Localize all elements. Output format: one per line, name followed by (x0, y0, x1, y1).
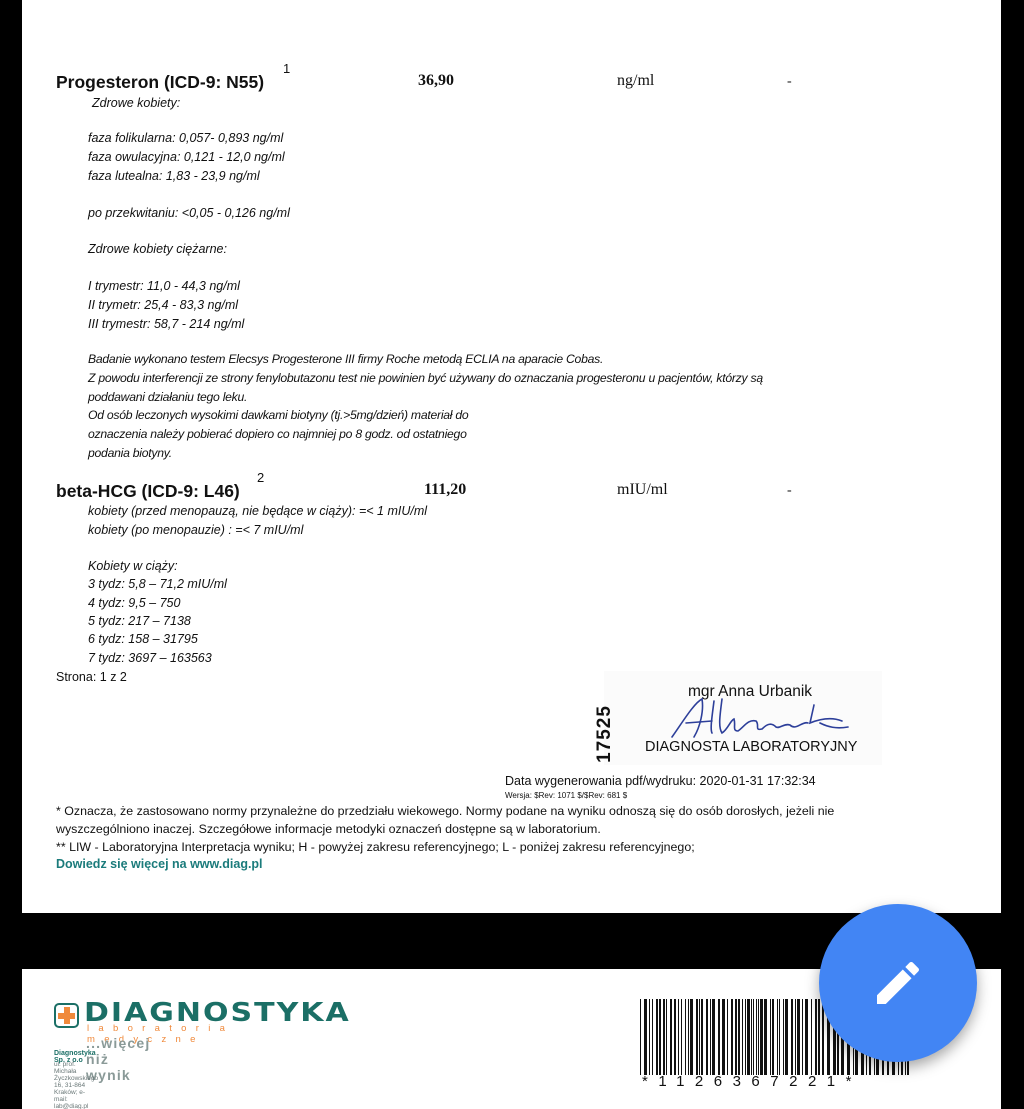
footnote-marker: 2 (257, 470, 264, 485)
ref-line: 4 tydz: 9,5 – 750 (88, 594, 180, 613)
ref-line: faza folikularna: 0,057- 0,893 ng/ml (88, 129, 283, 148)
company-address: ul. prof. Michała Życzkowskiego 16, 31-8… (54, 1061, 98, 1109)
page-indicator: Strona: 1 z 2 (56, 670, 127, 684)
result-unit-progesteron: ng/ml (617, 72, 654, 90)
ref-line: faza lutealna: 1,83 - 23,9 ng/ml (88, 167, 260, 186)
test-name-beta-hcg: beta-HCG (ICD-9: L46) 2 (56, 481, 240, 502)
handwritten-signature-icon (664, 693, 854, 743)
signature-id: 17525 (594, 705, 616, 763)
ref-line: kobiety (po menopauzie) : =< 7 mIU/ml (88, 521, 303, 540)
ref-line: 5 tydz: 217 – 7138 (88, 612, 191, 631)
edit-fab-button[interactable] (819, 904, 977, 1062)
result-value-progesteron: 36,90 (418, 72, 454, 90)
footnote-line: ** LIW - Laboratoryjna Interpretacja wyn… (56, 839, 695, 857)
footnote-line: wyszczególniono inaczej. Szczegółowe inf… (56, 821, 601, 839)
ref-line: Zdrowe kobiety ciężarne: (88, 240, 227, 259)
method-note: Od osób leczonych wysokimi dawkami bioty… (88, 406, 468, 425)
method-note: Z powodu interferencji ze strony fenylob… (88, 369, 763, 388)
signature-title: DIAGNOSTA LABORATORYJNY (645, 739, 857, 755)
footnote-marker: 1 (283, 61, 290, 76)
signature-stamp: 17525 mgr Anna Urbanik DIAGNOSTA LABORAT… (604, 671, 882, 765)
result-value-beta-hcg: 111,20 (424, 481, 466, 499)
ref-line: Zdrowe kobiety: (92, 94, 180, 113)
test-name-progesteron: Progesteron (ICD-9: N55) 1 (56, 72, 264, 93)
more-info-link[interactable]: Dowiedz się więcej na www.diag.pl (56, 857, 263, 871)
barcode-number: *1126367221* (642, 1073, 862, 1090)
ref-line: I trymestr: 11,0 - 44,3 ng/ml (88, 277, 240, 296)
method-note: poddawani działaniu tego leku. (88, 388, 247, 407)
result-flag-beta-hcg: - (787, 483, 792, 499)
ref-line: po przekwitaniu: <0,05 - 0,126 ng/ml (88, 204, 290, 223)
footnote-line: * Oznacza, że zastosowano normy przynale… (56, 803, 834, 821)
ref-line: 3 tydz: 5,8 – 71,2 mIU/ml (88, 575, 227, 594)
method-note: Badanie wykonano testem Elecsys Progeste… (88, 350, 603, 369)
result-unit-beta-hcg: mIU/ml (617, 481, 668, 499)
ref-line: 7 tydz: 3697 – 163563 (88, 649, 212, 668)
pencil-icon (870, 955, 926, 1011)
method-note: oznaczenia należy pobierać dopiero co na… (88, 425, 467, 444)
version-info: Wersja: $Rev: 1071 $/$Rev: 681 $ (505, 791, 627, 800)
result-flag-progesteron: - (787, 74, 792, 90)
ref-line: 6 tydz: 158 – 31795 (88, 630, 198, 649)
ref-line: II trymetr: 25,4 - 83,3 ng/ml (88, 296, 238, 315)
ref-line: III trymestr: 58,7 - 214 ng/ml (88, 315, 244, 334)
ref-line: faza owulacyjna: 0,121 - 12,0 ng/ml (88, 148, 285, 167)
generated-timestamp: Data wygenerowania pdf/wydruku: 2020-01-… (505, 774, 816, 788)
method-note: podania biotyny. (88, 444, 172, 463)
ref-line: Kobiety w ciąży: (88, 557, 178, 576)
report-page-1: Progesteron (ICD-9: N55) 1 36,90 ng/ml -… (22, 0, 1001, 913)
medical-cross-icon (54, 1003, 79, 1028)
ref-line: kobiety (przed menopauzą, nie będące w c… (88, 502, 427, 521)
